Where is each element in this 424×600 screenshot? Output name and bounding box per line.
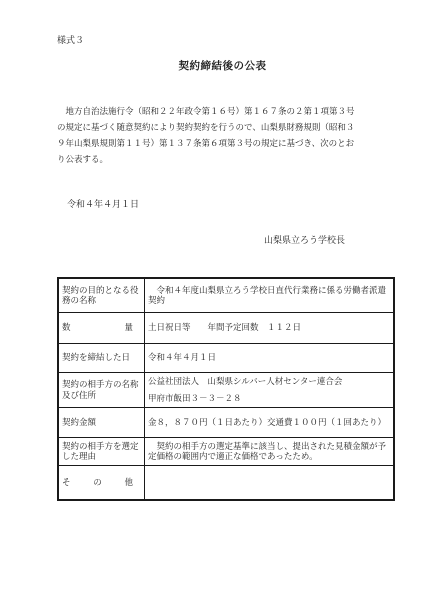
contract-disclosure-table: 契約の目的となる役 務の名称 令和４年度山梨県立ろう学校日直代行業務に係る労働者… <box>57 277 395 501</box>
document-date: 令和４年４月１日 <box>67 197 139 210</box>
table-row-other: その他 <box>58 465 394 500</box>
intro-line: り公表する。 <box>57 151 377 167</box>
intro-line: ９年山梨県規則第１１号）第１３７条第６項第３号の規定に基づき、次のとお <box>57 135 377 151</box>
intro-line: 地方自治法施行令（昭和２２年政令第１６号）第１６７条の２第１項第３号 <box>57 103 377 119</box>
table-row-counterparty: 契約の相手方の名称 及び住所 公益社団法人 山梨県シルバー人材センター連合会 甲… <box>58 372 394 407</box>
document-page: 様式３ 契約締結後の公表 地方自治法施行令（昭和２２年政令第１６号）第１６７条の… <box>0 0 424 600</box>
row-label: 契約の目的となる役 務の名称 <box>58 278 145 312</box>
table-row-contract-date: 契約を締結した日 令和４年４月１日 <box>58 343 394 372</box>
row-label: その他 <box>58 465 145 500</box>
row-value: 令和４年４月１日 <box>145 343 395 372</box>
table-row-selection-reason: 契約の相手方を選定 した理由 契約の相手方の選定基準に該当し、提出された見積金額… <box>58 437 394 465</box>
row-value: 契約の相手方の選定基準に該当し、提出された見積金額が予 定価格の範囲内で適正な価… <box>145 437 395 465</box>
row-value: 令和４年度山梨県立ろう学校日直代行業務に係る労働者派遣 契約 <box>145 278 395 312</box>
row-value: 金８，８７０円（１日あたり）交通費１００円（１回あたり） <box>145 407 395 437</box>
row-label: 契約の相手方の名称 及び住所 <box>58 372 145 407</box>
signer-title: 山梨県立ろう学校長 <box>264 233 345 246</box>
row-label: 契約の相手方を選定 した理由 <box>58 437 145 465</box>
row-value: 土日祝日等 年間予定回数 １１２日 <box>145 312 395 343</box>
row-label: 数量 <box>58 312 145 343</box>
intro-paragraph: 地方自治法施行令（昭和２２年政令第１６号）第１６７条の２第１項第３号 の規定に基… <box>57 103 377 167</box>
form-number: 様式３ <box>57 33 84 46</box>
page-title: 契約締結後の公表 <box>0 58 424 73</box>
row-label: 契約を締結した日 <box>58 343 145 372</box>
row-value: 公益社団法人 山梨県シルバー人材センター連合会 甲府市飯田３－３－２８ <box>145 372 395 407</box>
table-row-quantity: 数量 土日祝日等 年間予定回数 １１２日 <box>58 312 394 343</box>
table-row-contract-amount: 契約金額 金８，８７０円（１日あたり）交通費１００円（１回あたり） <box>58 407 394 437</box>
table-row-contract-purpose: 契約の目的となる役 務の名称 令和４年度山梨県立ろう学校日直代行業務に係る労働者… <box>58 278 394 312</box>
intro-line: の規定に基づく随意契約により契約契約を行うので、山梨県財務規則（昭和３ <box>57 119 377 135</box>
row-value <box>145 465 395 500</box>
row-label: 契約金額 <box>58 407 145 437</box>
